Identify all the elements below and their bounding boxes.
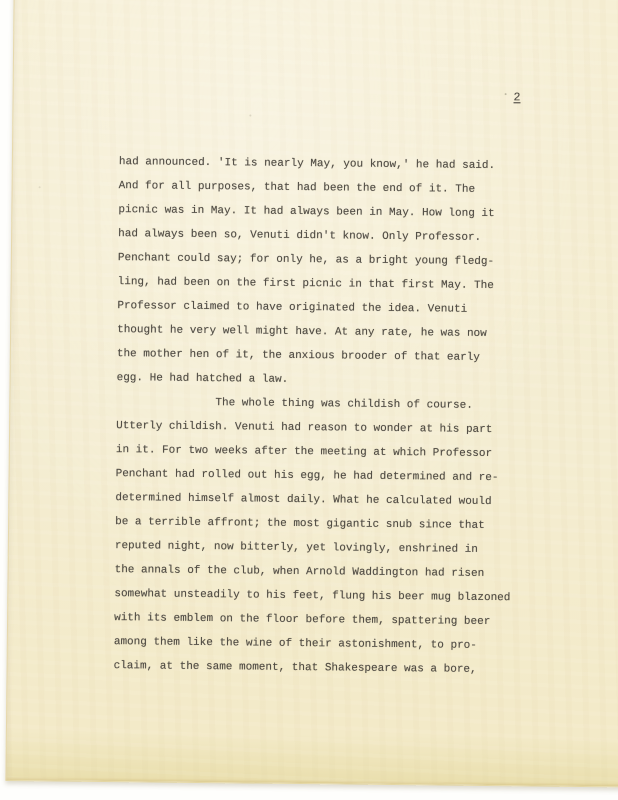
paper-sheet: 2 had announced. 'It is nearly May, you … <box>5 0 618 788</box>
paper-speck <box>505 93 507 95</box>
page-number: 2 <box>514 91 521 105</box>
text-line: claim, at the same moment, that Shakespe… <box>113 654 583 683</box>
scanned-page: 2 had announced. 'It is nearly May, you … <box>0 0 618 800</box>
paper-speck <box>39 186 41 188</box>
typewritten-text-block: had announced. 'It is nearly May, you kn… <box>113 150 589 683</box>
paper-speck <box>249 114 251 116</box>
